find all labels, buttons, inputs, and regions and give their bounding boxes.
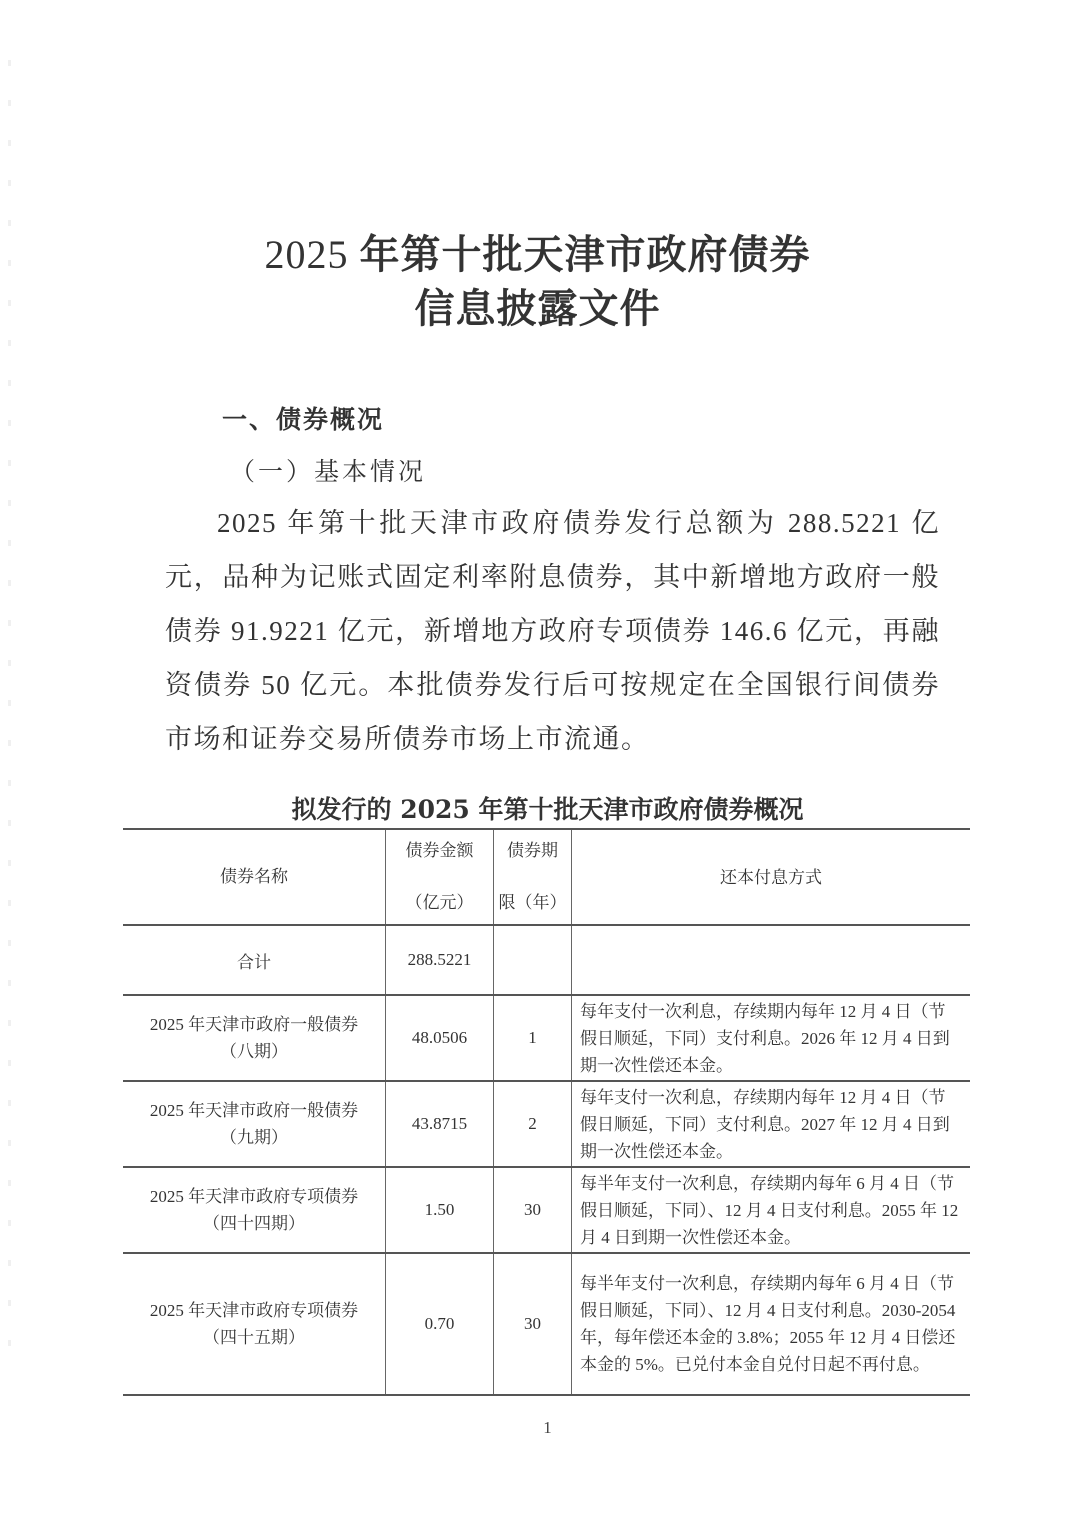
bond-name-line2: （四十四期）: [131, 1210, 377, 1237]
bond-term: 30: [494, 1253, 572, 1395]
total-label: 合计: [123, 925, 386, 995]
bond-term: 30: [494, 1167, 572, 1253]
header-amount-line1: 债券金额: [394, 836, 485, 866]
subsection-heading: （一）基本情况: [230, 452, 426, 488]
bond-name-line1: 2025 年天津市政府一般债券: [131, 1011, 377, 1038]
header-bond-name: 债券名称: [123, 829, 386, 925]
bond-overview-table: 债券名称 债券金额 （亿元） 债券期 限（年） 还本付息方式 合计 288.52…: [123, 828, 970, 1396]
title-line-2: 信息披露文件: [0, 282, 1075, 336]
bond-name-line2: （四十五期）: [131, 1324, 377, 1351]
bond-name-line2: （八期）: [131, 1038, 377, 1065]
header-term: 债券期 限（年）: [494, 829, 572, 925]
bond-name: 2025 年天津市政府专项债券 （四十四期）: [123, 1167, 386, 1253]
table-total-row: 合计 288.5221: [123, 925, 970, 995]
bond-name-line1: 2025 年天津市政府一般债券: [131, 1097, 377, 1124]
document-title: 2025 年第十批天津市政府债券 信息披露文件: [0, 228, 1075, 336]
total-payment: [572, 925, 971, 995]
bond-amount: 0.70: [386, 1253, 494, 1395]
bond-amount: 1.50: [386, 1167, 494, 1253]
page-number: 1: [0, 1418, 1075, 1438]
bond-name: 2025 年天津市政府一般债券 （八期）: [123, 995, 386, 1081]
bond-name: 2025 年天津市政府一般债券 （九期）: [123, 1081, 386, 1167]
bond-name-line1: 2025 年天津市政府专项债券: [131, 1183, 377, 1210]
bond-name-line2: （九期）: [131, 1124, 377, 1151]
bond-payment-method: 每年支付一次利息，存续期内每年 12 月 4 日（节假日顺延，下同）支付利息。2…: [572, 1081, 971, 1167]
header-term-line2: 限（年）: [496, 888, 569, 918]
bond-payment-method: 每年支付一次利息，存续期内每年 12 月 4 日（节假日顺延，下同）支付利息。2…: [572, 995, 971, 1081]
table-row: 2025 年天津市政府专项债券 （四十四期） 1.50 30 每半年支付一次利息…: [123, 1167, 970, 1253]
table-row: 2025 年天津市政府专项债券 （四十五期） 0.70 30 每半年支付一次利息…: [123, 1253, 970, 1395]
table-row: 2025 年天津市政府一般债券 （八期） 48.0506 1 每年支付一次利息，…: [123, 995, 970, 1081]
bond-payment-method: 每半年支付一次利息，存续期内每年 6 月 4 日（节假日顺延，下同）、12 月 …: [572, 1253, 971, 1395]
bond-term: 2: [494, 1081, 572, 1167]
header-payment-method: 还本付息方式: [572, 829, 971, 925]
header-term-line1: 债券期: [496, 836, 569, 866]
total-amount: 288.5221: [386, 925, 494, 995]
bond-term: 1: [494, 995, 572, 1081]
title-year: 2025: [265, 232, 349, 277]
bond-name-line1: 2025 年天津市政府专项债券: [131, 1297, 377, 1324]
title-text: 年第十批天津市政府债券: [360, 232, 811, 277]
table-row: 2025 年天津市政府一般债券 （九期） 43.8715 2 每年支付一次利息，…: [123, 1081, 970, 1167]
summary-paragraph: 2025 年第十批天津市政府债券发行总额为 288.5221 亿元，品种为记账式…: [165, 496, 940, 766]
bond-amount: 48.0506: [386, 995, 494, 1081]
title-line-1: 2025 年第十批天津市政府债券: [0, 228, 1075, 282]
bond-payment-method: 每半年支付一次利息，存续期内每年 6 月 4 日（节假日顺延，下同）、12 月 …: [572, 1167, 971, 1253]
table-header-row: 债券名称 债券金额 （亿元） 债券期 限（年） 还本付息方式: [123, 829, 970, 925]
header-amount: 债券金额 （亿元）: [386, 829, 494, 925]
section-heading: 一、债券概况: [222, 400, 384, 436]
bond-name: 2025 年天津市政府专项债券 （四十五期）: [123, 1253, 386, 1395]
bond-amount: 43.8715: [386, 1081, 494, 1167]
header-amount-line2: （亿元）: [394, 888, 485, 918]
table-title: 拟发行的 2025 年第十批天津市政府债券概况: [0, 790, 1075, 826]
total-term: [494, 925, 572, 995]
